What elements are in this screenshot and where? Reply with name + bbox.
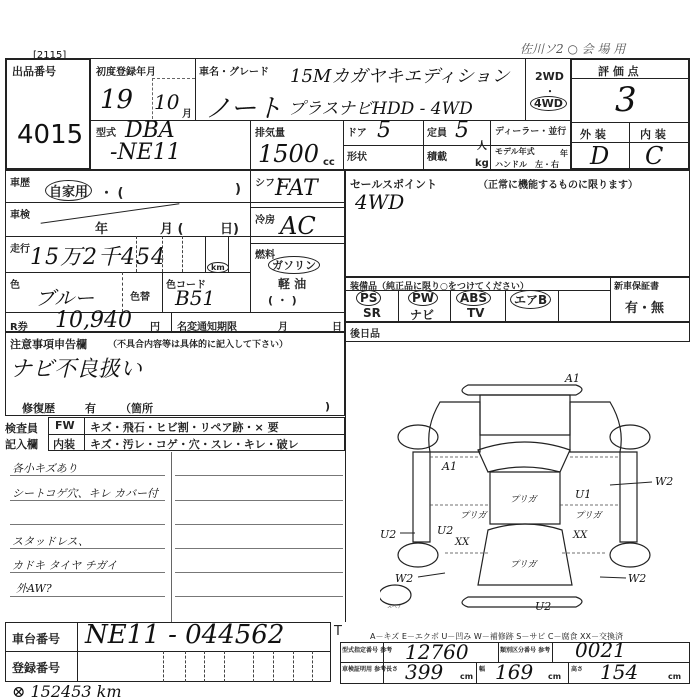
score-label: 評 価 点 bbox=[598, 63, 639, 79]
model-code-line2[interactable]: -NE11 bbox=[110, 140, 181, 165]
history-private[interactable]: 自家用 bbox=[45, 180, 92, 201]
svg-text:XX: XX bbox=[454, 537, 470, 548]
svg-text:U2: U2 bbox=[380, 528, 396, 541]
svg-text:W2: W2 bbox=[655, 475, 673, 488]
svg-text:U1: U1 bbox=[575, 488, 591, 501]
fuel-gasoline[interactable]: ガソリン bbox=[268, 256, 320, 274]
note-line: シートコゲ穴、キレ カバー付 bbox=[12, 485, 158, 501]
chassis-number[interactable]: NE11 - 044562 bbox=[85, 620, 284, 650]
svg-text:W2: W2 bbox=[628, 572, 646, 585]
aftermarket-frame bbox=[345, 322, 690, 342]
color-code[interactable]: B51 bbox=[175, 286, 215, 310]
lot-label: 出品番号 bbox=[12, 63, 56, 79]
drive-2wd[interactable]: 2WD bbox=[535, 70, 564, 83]
equip-pw[interactable]: PW bbox=[408, 290, 438, 306]
category-value[interactable]: 0021 bbox=[575, 638, 626, 662]
svg-text:U2: U2 bbox=[535, 600, 551, 610]
svg-text:W2: W2 bbox=[395, 572, 413, 585]
registration-label: 初度登録年月 bbox=[96, 63, 156, 78]
odometer-note: ⊗ 152453 km bbox=[12, 682, 122, 700]
displacement-value[interactable]: 1500 bbox=[258, 140, 319, 168]
exterior-grade[interactable]: D bbox=[590, 142, 609, 170]
svg-text:プリガ: プリガ bbox=[460, 510, 489, 521]
equip-sr[interactable]: SR bbox=[363, 306, 381, 320]
svg-text:プリガ: プリガ bbox=[510, 494, 539, 505]
fuel-diesel[interactable]: 軽 油 bbox=[278, 275, 306, 292]
equip-tv[interactable]: TV bbox=[467, 306, 484, 320]
equip-airbag[interactable]: エアB bbox=[510, 290, 551, 309]
svg-text:プリガ: プリガ bbox=[575, 510, 604, 521]
svg-text:XX: XX bbox=[572, 530, 588, 541]
svg-text:プリガ: プリガ bbox=[510, 559, 539, 570]
shift-value[interactable]: FAT bbox=[275, 176, 318, 201]
equip-abs[interactable]: ABS bbox=[456, 290, 491, 306]
registration-year[interactable]: 19 bbox=[100, 85, 133, 115]
note-line: カドキ タイヤ チガイ bbox=[12, 557, 117, 573]
color-value[interactable]: ブルー bbox=[35, 282, 94, 311]
svg-text:U2: U2 bbox=[437, 524, 453, 537]
length-value[interactable]: 399 bbox=[405, 660, 443, 684]
doors-value[interactable]: 5 bbox=[377, 118, 391, 143]
note-line: スタッドレス、 bbox=[12, 533, 89, 549]
top-scribble: 佐川ソ2 ○ 会 場 用 bbox=[520, 40, 625, 57]
aircon-value[interactable]: AC bbox=[280, 212, 316, 240]
note-line: 各小キズあり bbox=[12, 460, 78, 476]
spare-label: スペア bbox=[387, 604, 402, 610]
capacity-value[interactable]: 5 bbox=[455, 118, 469, 143]
warranty-value[interactable]: 有・無 bbox=[625, 297, 664, 316]
sales-point-value[interactable]: 4WD bbox=[355, 190, 404, 214]
caution-value[interactable]: ナビ不良扱い bbox=[10, 352, 142, 383]
interior-grade[interactable]: C bbox=[645, 142, 663, 170]
note-line: 外AW? bbox=[16, 580, 52, 596]
equip-navi[interactable]: ナビ bbox=[410, 306, 434, 323]
grade-line1[interactable]: 15Mカガヤキエディション bbox=[290, 62, 510, 88]
registration-month[interactable]: 10 bbox=[154, 90, 179, 114]
lot-number: 4015 bbox=[17, 120, 83, 150]
drive-4wd[interactable]: 4WD bbox=[530, 96, 567, 111]
mileage-value[interactable]: 15万2千454 bbox=[30, 240, 166, 271]
car-diagram[interactable]: A1 A1 プリガ プリガ U2 XX U1 プリガ XX W2 U2 W2 W… bbox=[380, 360, 700, 610]
width-value[interactable]: 169 bbox=[495, 660, 533, 684]
fw-items[interactable]: キズ・飛石・ヒビ割・リペア跡・× 要 bbox=[90, 419, 279, 435]
svg-text:A1: A1 bbox=[564, 372, 580, 385]
score-value[interactable]: 3 bbox=[615, 80, 637, 120]
recycle-value[interactable]: 10,940 bbox=[55, 308, 132, 333]
height-value[interactable]: 154 bbox=[600, 660, 638, 684]
grade-line2[interactable]: プラスナビHDD - 4WD bbox=[288, 94, 473, 119]
interior-items[interactable]: キズ・汚レ・コゲ・穴・スレ・キレ・破レ bbox=[90, 436, 299, 452]
car-name-label: 車名・グレード bbox=[199, 63, 269, 78]
svg-text:A1: A1 bbox=[441, 460, 457, 473]
